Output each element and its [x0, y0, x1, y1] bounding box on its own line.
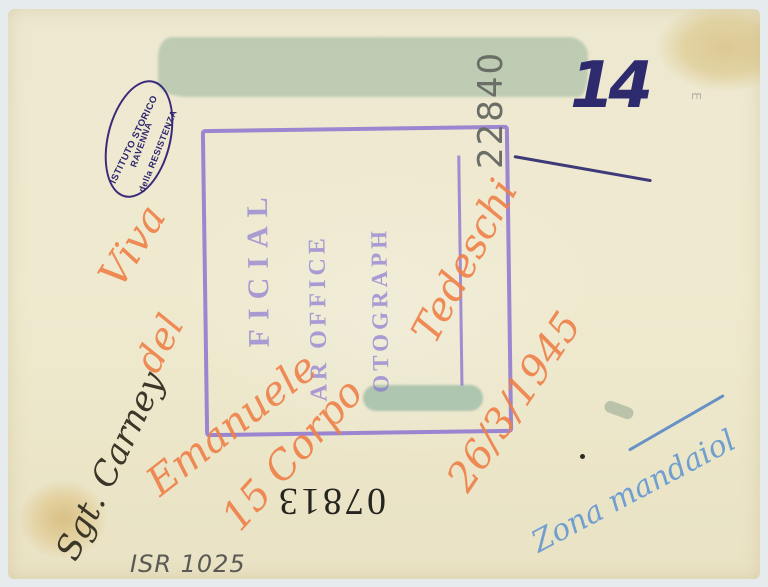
stamp-col-3: OTOGRAPH [366, 227, 394, 393]
top-right-ink-mark: 14 [570, 49, 647, 123]
blue-pencil-annotation: Zona mandaiol [526, 423, 742, 560]
inventory-number: ISR 1025 [130, 550, 246, 578]
stamp-col-1: FICIAL [241, 188, 277, 347]
faint-letter: E [689, 92, 703, 100]
green-smudge [603, 399, 635, 421]
black-stamp-number: 07813 [276, 479, 386, 523]
ink-dot [580, 454, 585, 459]
green-tape-residue [158, 37, 588, 97]
ink-underline [513, 155, 651, 182]
photo-back-card: 14 E ISTITUTO STORICO RAVENNA della RESI… [8, 9, 760, 579]
grey-pencil-reference-number: 22840 [471, 51, 511, 169]
orange-handwriting-viva: Viva [90, 197, 175, 296]
